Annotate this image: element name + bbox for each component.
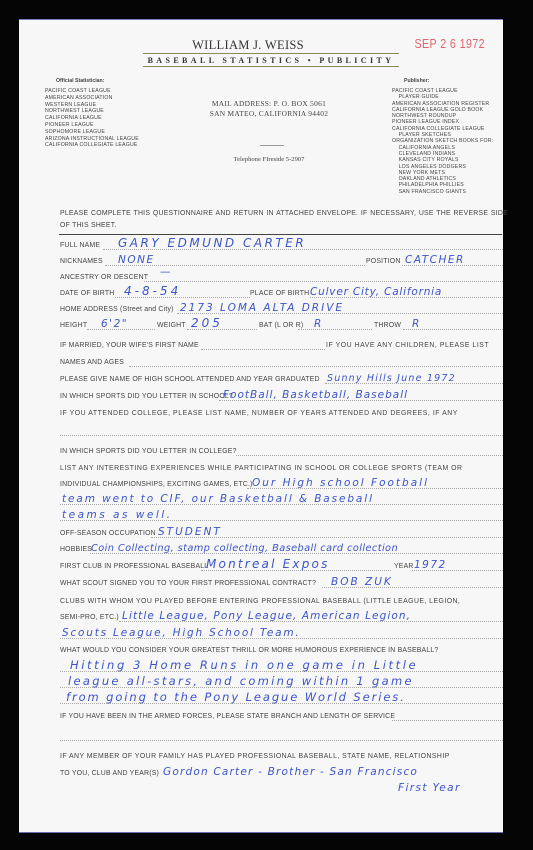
family-baseball-row: IF ANY MEMBER OF YOUR FAMILY HAS PLAYED … bbox=[60, 748, 503, 761]
high-school-label: PLEASE GIVE NAME OF HIGH SCHOOL ATTENDED… bbox=[60, 376, 320, 383]
letterhead-tagline: BASEBALL STATISTICS • PUBLICITY bbox=[143, 53, 399, 67]
address-divider bbox=[260, 145, 284, 146]
clubs-answer-row-1: SEMI-PRO, ETC.) Little League, Pony Leag… bbox=[60, 609, 503, 622]
home-address-field[interactable]: 2173 LOMA ALTA DRIVE bbox=[180, 302, 344, 314]
bat-field[interactable]: R bbox=[314, 318, 323, 330]
experiences-answer-row-1: INDIVIDUAL CHAMPIONSHIPS, EXCITING GAMES… bbox=[60, 476, 503, 489]
official-statistician-leagues: PACIFIC COAST LEAGUE AMERICAN ASSOCIATIO… bbox=[45, 88, 139, 149]
clubs-answer-row-2: Scouts League, High School Team. bbox=[60, 626, 503, 639]
thrill-row: WHAT WOULD YOU CONSIDER YOUR GREATEST TH… bbox=[60, 642, 503, 655]
full-name-field[interactable]: GARY EDMUND CARTER bbox=[118, 236, 306, 250]
instructions-rule bbox=[59, 234, 502, 235]
dob-label: DATE OF BIRTH bbox=[60, 290, 114, 297]
ancestry-field[interactable]: — bbox=[160, 266, 172, 278]
thrill-answer-row-1: Hitting 3 Home Runs in one game in Littl… bbox=[60, 659, 503, 672]
height-field[interactable]: 6'2" bbox=[101, 318, 128, 330]
children-label-2: NAMES AND AGES bbox=[60, 359, 124, 366]
college-label: IF YOU ATTENDED COLLEGE, PLEASE LIST NAM… bbox=[60, 410, 458, 417]
date-stamp: SEP 2 6 1972 bbox=[414, 36, 485, 51]
school-sports-label: IN WHICH SPORTS DID YOU LETTER IN SCHOOL… bbox=[60, 393, 233, 400]
publisher-heading: Publisher: bbox=[404, 78, 493, 84]
clubs-field-line-1[interactable]: Little League, Pony League, American Leg… bbox=[122, 610, 411, 622]
nicknames-row: NICKNAMES NONE POSITION CATCHER bbox=[60, 253, 503, 266]
official-statistician-block: Official Statistician: PACIFIC COAST LEA… bbox=[45, 78, 139, 149]
instructions: PLEASE COMPLETE THIS QUESTIONNAIRE AND R… bbox=[60, 208, 508, 232]
experiences-field-line-3[interactable]: teams as well. bbox=[62, 509, 173, 521]
questionnaire-page: WILLIAM J. WEISS SEP 2 6 1972 BASEBALL S… bbox=[19, 19, 503, 833]
hobbies-field[interactable]: Coin Collecting, stamp collecting, Baseb… bbox=[91, 543, 398, 554]
full-name-row: FULL NAME GARY EDMUND CARTER bbox=[60, 237, 503, 250]
thrill-field-line-2[interactable]: league all-stars, and coming within 1 ga… bbox=[68, 674, 414, 688]
clubs-label-2: SEMI-PRO, ETC.) bbox=[60, 614, 119, 621]
bat-label: BAT (L OR R) bbox=[259, 322, 303, 329]
year-field[interactable]: 1972 bbox=[414, 559, 447, 571]
dob-field[interactable]: 4-8-54 bbox=[124, 284, 181, 298]
occupation-row: OFF-SEASON OCCUPATION STUDENT bbox=[60, 525, 503, 538]
family-baseball-field-line-2[interactable]: First Year bbox=[398, 782, 461, 794]
thrill-answer-row-2: league all-stars, and coming within 1 ga… bbox=[60, 675, 503, 688]
scout-row: WHAT SCOUT SIGNED YOU TO YOUR FIRST PROF… bbox=[60, 575, 503, 588]
armed-forces-row: IF YOU HAVE BEEN IN THE ARMED FORCES, PL… bbox=[60, 708, 503, 721]
address-line-1: MAIL ADDRESS: P. O. BOX 5061 bbox=[189, 99, 349, 109]
throw-field[interactable]: R bbox=[412, 318, 421, 330]
family-answer-row-1: TO YOU, CLUB AND YEAR(S) Gordon Carter -… bbox=[60, 765, 503, 778]
ancestry-label: ANCESTRY OR DESCENT bbox=[60, 274, 148, 281]
address-line-2: SAN MATEO, CALIFORNIA 94402 bbox=[189, 109, 349, 119]
ancestry-row: ANCESTRY OR DESCENT — bbox=[60, 269, 503, 282]
experiences-row: LIST ANY INTERESTING EXPERIENCES WHILE P… bbox=[60, 460, 503, 473]
experiences-field-line-1[interactable]: Our High school Football bbox=[252, 477, 429, 489]
full-name-label: FULL NAME bbox=[60, 242, 100, 249]
weight-field[interactable]: 205 bbox=[191, 316, 223, 330]
experiences-field-line-2[interactable]: team went to CIF, our Basketball & Baseb… bbox=[62, 493, 374, 505]
college-answer-row bbox=[60, 423, 503, 436]
throw-label: THROW bbox=[374, 322, 401, 329]
official-statistician-heading: Official Statistician: bbox=[56, 78, 139, 84]
scout-field[interactable]: BOB ZUK bbox=[331, 576, 393, 588]
wife-label: IF MARRIED, YOUR WIFE'S FIRST NAME bbox=[60, 342, 199, 349]
children-row: NAMES AND AGES bbox=[60, 354, 503, 367]
family-baseball-label: IF ANY MEMBER OF YOUR FAMILY HAS PLAYED … bbox=[60, 753, 450, 760]
clubs-row: CLUBS WITH WHOM YOU PLAYED BEFORE ENTERI… bbox=[60, 593, 503, 606]
children-label: IF YOU HAVE ANY CHILDREN, PLEASE LIST bbox=[326, 342, 489, 349]
family-status-row: IF MARRIED, YOUR WIFE'S FIRST NAME IF YO… bbox=[60, 337, 503, 350]
college-sports-row: IN WHICH SPORTS DID YOU LETTER IN COLLEG… bbox=[60, 443, 503, 456]
first-club-label: FIRST CLUB IN PROFESSIONAL BASEBALL bbox=[60, 563, 208, 570]
birth-row: DATE OF BIRTH 4-8-54 PLACE OF BIRTH Culv… bbox=[60, 285, 503, 298]
position-label: POSITION bbox=[366, 258, 401, 265]
hobbies-label: HOBBIES bbox=[60, 546, 92, 553]
scout-label: WHAT SCOUT SIGNED YOU TO YOUR FIRST PROF… bbox=[60, 580, 316, 587]
telephone: Telephone FIreside 5-2907 bbox=[189, 156, 349, 163]
school-sports-row: IN WHICH SPORTS DID YOU LETTER IN SCHOOL… bbox=[60, 388, 503, 401]
clubs-field-line-2[interactable]: Scouts League, High School Team. bbox=[62, 627, 300, 639]
clubs-label: CLUBS WITH WHOM YOU PLAYED BEFORE ENTERI… bbox=[60, 598, 460, 605]
thrill-answer-row-3: from going to the Pony League World Seri… bbox=[60, 691, 503, 704]
height-label: HEIGHT bbox=[60, 322, 87, 329]
nicknames-field[interactable]: NONE bbox=[118, 254, 155, 266]
physical-row: HEIGHT 6'2" WEIGHT 205 BAT (L OR R) R TH… bbox=[60, 317, 503, 330]
family-answer-row-2: First Year bbox=[60, 781, 503, 794]
pob-label: PLACE OF BIRTH bbox=[250, 290, 309, 297]
experiences-label-2: INDIVIDUAL CHAMPIONSHIPS, EXCITING GAMES… bbox=[60, 481, 253, 488]
school-sports-field[interactable]: FootBall, Basketball, Baseball bbox=[223, 389, 408, 401]
high-school-row: PLEASE GIVE NAME OF HIGH SCHOOL ATTENDED… bbox=[60, 371, 503, 384]
occupation-label: OFF-SEASON OCCUPATION bbox=[60, 530, 156, 537]
armed-forces-answer-row bbox=[60, 728, 503, 741]
weight-label: WEIGHT bbox=[157, 322, 186, 329]
family-baseball-field-line-1[interactable]: Gordon Carter - Brother - San Francisco bbox=[163, 766, 418, 778]
mail-address: MAIL ADDRESS: P. O. BOX 5061 SAN MATEO, … bbox=[189, 99, 349, 118]
experiences-answer-row-2: team went to CIF, our Basketball & Baseb… bbox=[60, 492, 503, 505]
armed-forces-label: IF YOU HAVE BEEN IN THE ARMED FORCES, PL… bbox=[60, 713, 395, 720]
publisher-block: Publisher: PACIFIC COAST LEAGUE PLAYER G… bbox=[392, 78, 493, 195]
high-school-field[interactable]: Sunny Hills June 1972 bbox=[327, 373, 456, 384]
nicknames-label: NICKNAMES bbox=[60, 258, 103, 265]
publisher-list: PACIFIC COAST LEAGUE PLAYER GUIDE AMERIC… bbox=[392, 88, 493, 195]
year-label: YEAR bbox=[394, 563, 414, 570]
experiences-answer-row-3: teams as well. bbox=[60, 508, 503, 521]
thrill-field-line-1[interactable]: Hitting 3 Home Runs in one game in Littl… bbox=[70, 658, 418, 672]
experiences-label: LIST ANY INTERESTING EXPERIENCES WHILE P… bbox=[60, 465, 463, 472]
college-sports-label: IN WHICH SPORTS DID YOU LETTER IN COLLEG… bbox=[60, 448, 237, 455]
home-address-row: HOME ADDRESS (Street and City) 2173 LOMA… bbox=[60, 301, 503, 314]
position-field[interactable]: CATCHER bbox=[405, 254, 465, 266]
thrill-field-line-3[interactable]: from going to the Pony League World Seri… bbox=[66, 690, 406, 704]
thrill-label: WHAT WOULD YOU CONSIDER YOUR GREATEST TH… bbox=[60, 647, 438, 654]
hobbies-row: HOBBIES Coin Collecting, stamp collectin… bbox=[60, 541, 503, 554]
first-club-field[interactable]: Montreal Expos bbox=[206, 557, 330, 571]
pob-field[interactable]: Culver City, California bbox=[310, 286, 442, 298]
first-club-row: FIRST CLUB IN PROFESSIONAL BASEBALL Mont… bbox=[60, 558, 503, 571]
home-address-label: HOME ADDRESS (Street and City) bbox=[60, 306, 174, 313]
occupation-field[interactable]: STUDENT bbox=[158, 526, 222, 538]
family-baseball-label-2: TO YOU, CLUB AND YEAR(S) bbox=[60, 770, 159, 777]
college-row: IF YOU ATTENDED COLLEGE, PLEASE LIST NAM… bbox=[60, 405, 503, 418]
